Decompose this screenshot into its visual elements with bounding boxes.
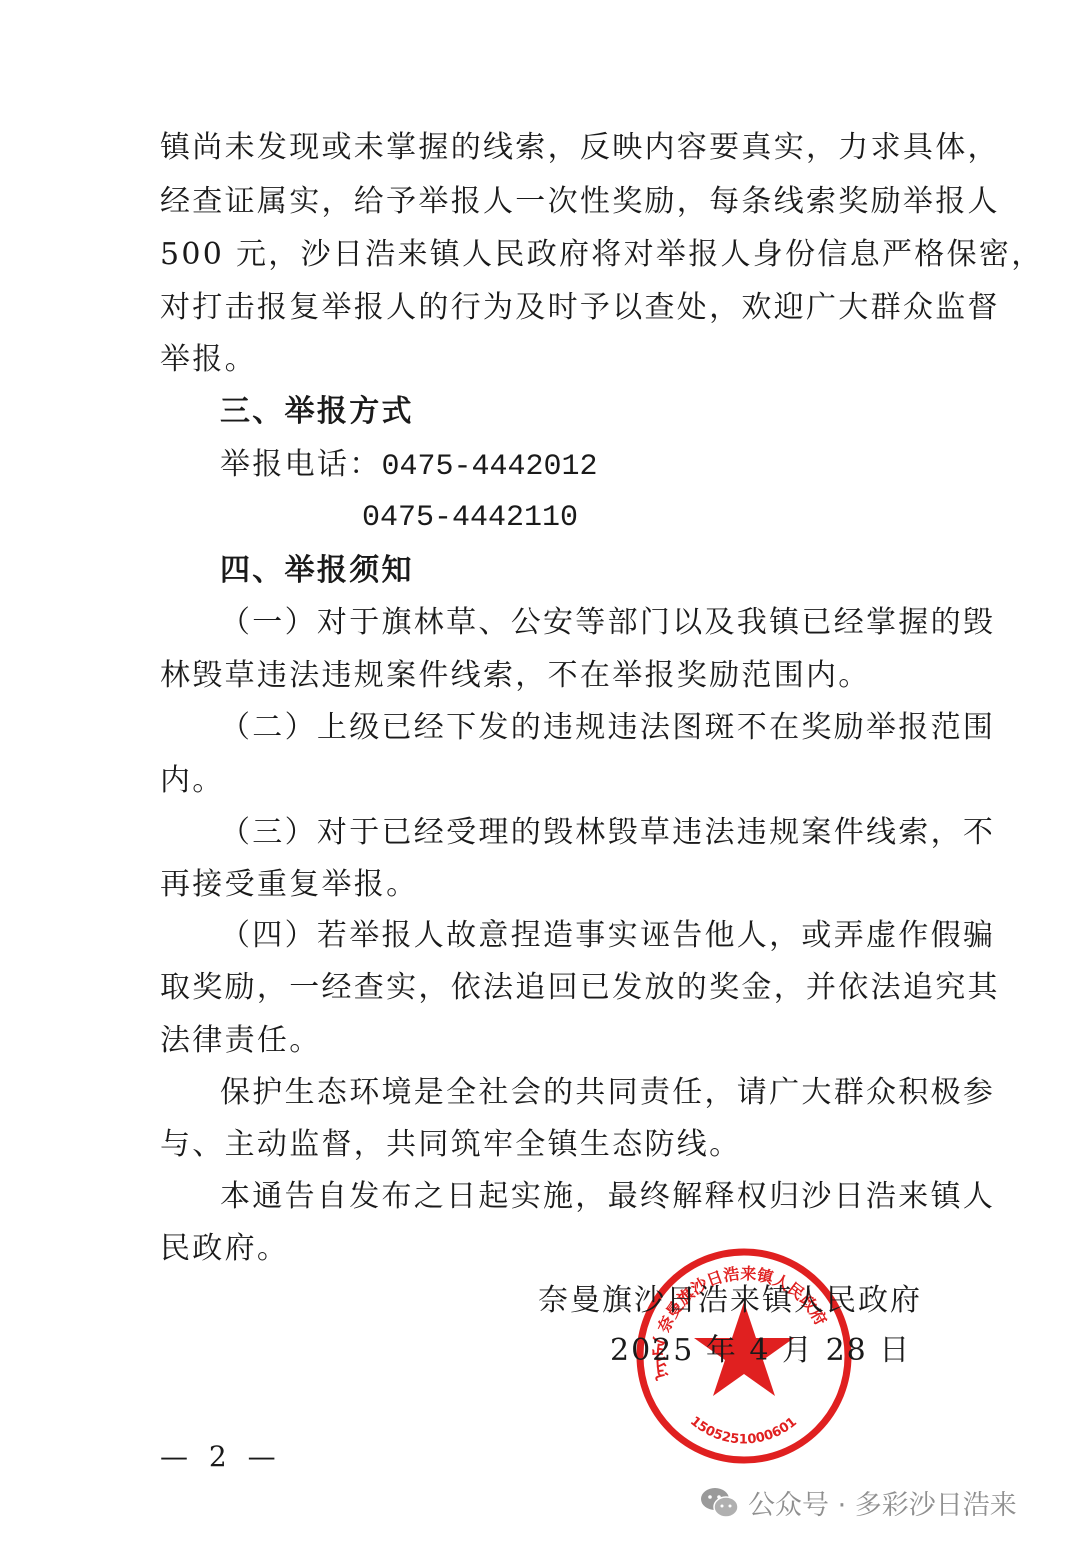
phone-number-1: 0475-4442012 bbox=[382, 450, 598, 484]
phone-label: 举报电话： bbox=[220, 447, 382, 482]
section-heading-reporting-notice: 四、举报须知 bbox=[220, 553, 414, 589]
notice-item-4: （四）若举报人故意捏造事实诬告他人，或弄虚作假骗 bbox=[220, 918, 995, 954]
body-text-line: 举报。 bbox=[160, 342, 257, 378]
notice-item-3-cont: 再接受重复举报。 bbox=[160, 867, 418, 903]
body-text-line: 500 元，沙日浩来镇人民政府将对举报人身份信息严格保密， bbox=[160, 237, 1044, 273]
body-text-line: 对打击报复举报人的行为及时予以查处，欢迎广大群众监督 bbox=[160, 290, 1000, 326]
phone-line-1: 举报电话：0475-4442012 bbox=[220, 447, 598, 485]
closing-paragraph-1: 保护生态环境是全社会的共同责任，请广大群众积极参 bbox=[220, 1075, 995, 1111]
signing-organization: 奈曼旗沙日浩来镇人民政府 bbox=[538, 1283, 922, 1319]
closing-paragraph-2-cont: 民政府。 bbox=[160, 1231, 289, 1267]
body-text-line: 经查证属实，给予举报人一次性奖励，每条线索奖励举报人 bbox=[160, 184, 1000, 220]
signing-date: 2025 年 4 月 28 日 bbox=[610, 1333, 911, 1369]
body-text-line: 镇尚未发现或未掌握的线索，反映内容要真实，力求具体， bbox=[160, 130, 1000, 166]
seal-number: 1505251000601 bbox=[687, 1414, 800, 1448]
svg-text:1505251000601: 1505251000601 bbox=[687, 1414, 800, 1448]
notice-item-1: （一）对于旗林草、公安等部门以及我镇已经掌握的毁 bbox=[220, 605, 995, 641]
phone-number-2: 0475-4442110 bbox=[362, 500, 578, 536]
watermark-text: 公众号 · 多彩沙日浩来 bbox=[748, 1483, 1017, 1522]
notice-item-4-cont2: 法律责任。 bbox=[160, 1023, 322, 1059]
closing-paragraph-2: 本通告自发布之日起实施，最终解释权归沙日浩来镇人 bbox=[220, 1179, 995, 1215]
wechat-icon bbox=[700, 1486, 740, 1520]
closing-paragraph-1-cont: 与、主动监督，共同筑牢全镇生态防线。 bbox=[160, 1127, 741, 1163]
wechat-watermark: 公众号 · 多彩沙日浩来 bbox=[700, 1483, 1017, 1522]
section-heading-reporting-methods: 三、举报方式 bbox=[220, 394, 414, 430]
notice-item-2-cont: 内。 bbox=[160, 763, 225, 799]
notice-item-3: （三）对于已经受理的毁林毁草违法违规案件线索，不 bbox=[220, 815, 995, 851]
page-number: — 2 — bbox=[160, 1440, 282, 1473]
notice-item-4-cont: 取奖励，一经查实，依法追回已发放的奖金，并依法追究其 bbox=[160, 970, 1000, 1006]
notice-item-2: （二）上级已经下发的违规违法图斑不在奖励举报范围 bbox=[220, 710, 995, 746]
notice-item-1-cont: 林毁草违法违规案件线索，不在举报奖励范围内。 bbox=[160, 658, 871, 694]
